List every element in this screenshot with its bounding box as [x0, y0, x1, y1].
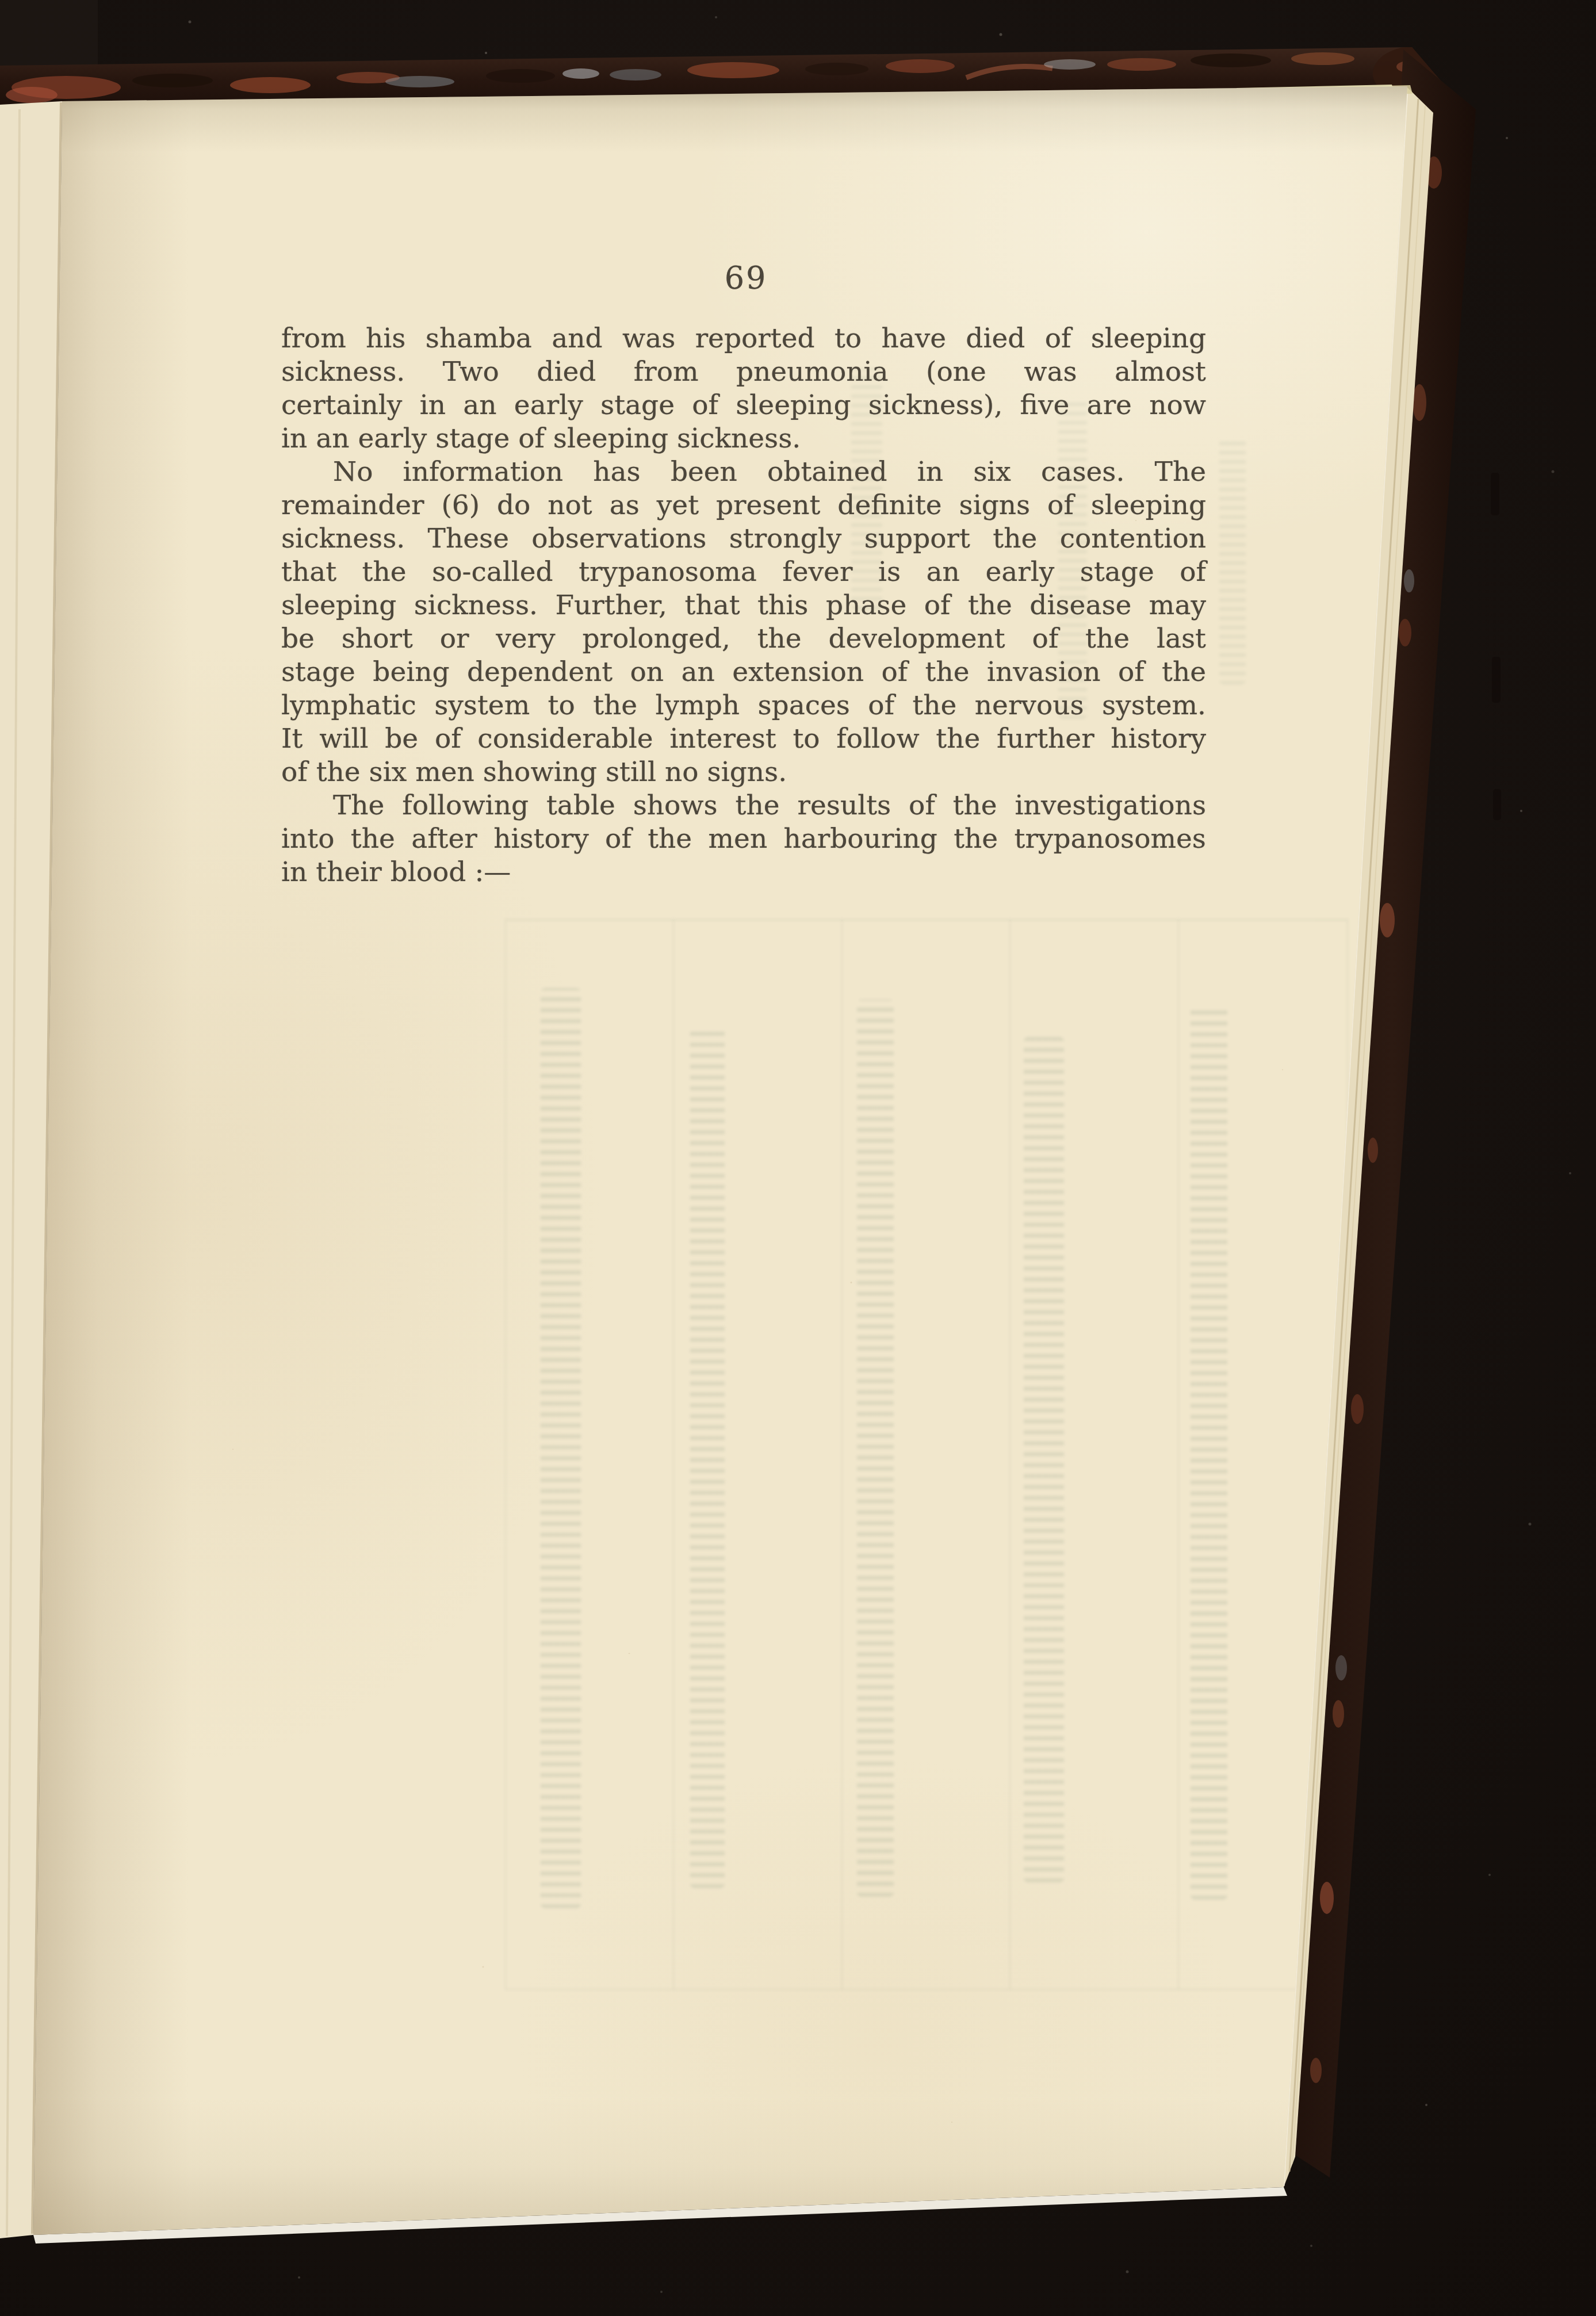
body-text: from his shamba and was reported to have… [281, 322, 1206, 889]
text-line: remainder (6) do not as yet present defi… [281, 489, 1206, 522]
text-line: into the after history of the men harbou… [281, 822, 1206, 856]
text-line: The following table shows the results of… [281, 789, 1206, 822]
text-line: stage being dependent on an extension of… [281, 656, 1206, 689]
text-line: in an early stage of sleeping sickness. [281, 422, 1206, 455]
text-line: sickness. These observations strongly su… [281, 522, 1206, 556]
text-line: certainly in an early stage of sleeping … [281, 389, 1206, 422]
text-line: be short or very prolonged, the developm… [281, 622, 1206, 656]
show-through-table [505, 919, 1348, 1990]
book-photograph: 69 from his shamba and was reported to h… [0, 0, 1596, 2316]
text-line: sickness. Two died from pneumonia (one w… [281, 355, 1206, 389]
text-line: in their blood :— [281, 856, 1206, 889]
text-line: sleeping sickness. Further, that this ph… [281, 589, 1206, 622]
text-line: No information has been obtained in six … [281, 455, 1206, 489]
page-number: 69 [714, 260, 778, 296]
text-line: It will be of considerable interest to f… [281, 722, 1206, 756]
text-line: that the so-called trypanosoma fever is … [281, 556, 1206, 589]
text-line: of the six men showing still no signs. [281, 756, 1206, 789]
text-line: lymphatic system to the lymph spaces of … [281, 689, 1206, 722]
text-line: from his shamba and was reported to have… [281, 322, 1206, 355]
